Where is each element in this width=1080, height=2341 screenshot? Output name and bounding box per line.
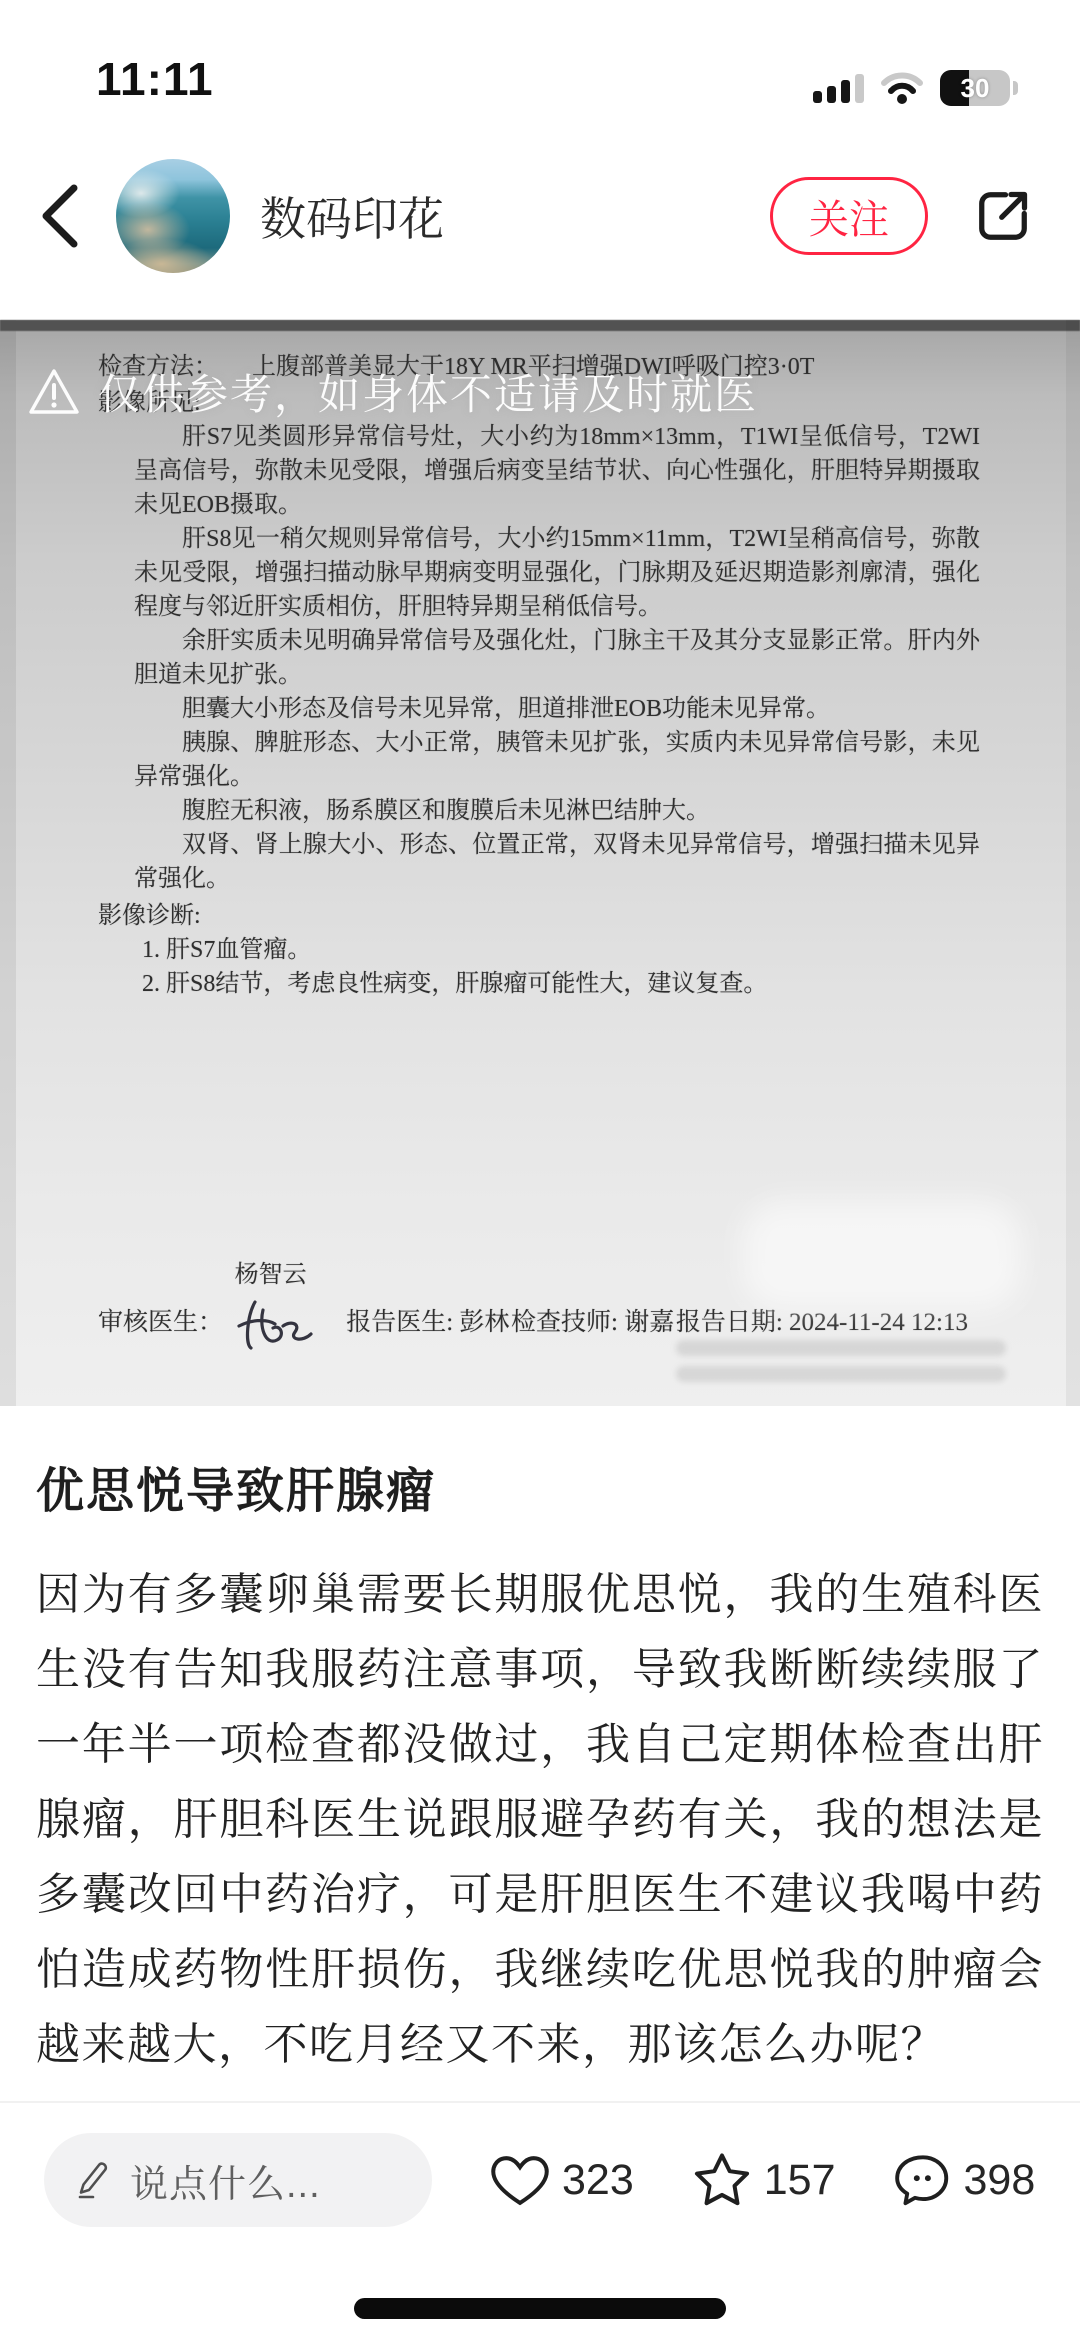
like-button[interactable]: 323 [488,2148,634,2212]
report-image[interactable]: 检查方法：上腹部普美显大于18Y MR平扫增强DWI呼吸门控3·0T 影像所见:… [0,320,1080,1406]
header: 数码印花 关注 [0,112,1080,320]
back-button[interactable] [38,181,98,251]
technician: 检查技师: 谢嘉 [511,1306,674,1340]
follow-label: 关注 [809,188,889,245]
heart-icon [488,2148,552,2212]
report-method-line: 检查方法：上腹部普美显大于18Y MR平扫增强DWI呼吸门控3·0T [98,350,980,384]
collect-button[interactable]: 157 [690,2148,836,2212]
report-diagnosis-item: 2. 肝S8结节，考虑良性病变，肝腺瘤可能性大，建议复查。 [142,967,980,1001]
report-finding: 双肾、肾上腺大小、形态、位置正常，双肾未见异常信号，增强扫描未见异常强化。 [134,828,980,896]
report-method-label: 检查方法： [98,354,218,380]
share-button[interactable] [972,185,1034,247]
handwritten-signature-icon [225,1296,335,1352]
status-bar: 11:11 30 [0,0,1080,112]
faint-watermark [676,1330,1006,1382]
battery-nub [1013,81,1018,95]
battery-percent: 30 [940,70,1010,106]
comment-button[interactable]: 398 [892,2149,1036,2211]
battery-icon: 30 [940,70,1010,106]
report-finding: 胆囊大小形态及信号未见异常，胆道排泄EOB功能未见异常。 [134,692,980,726]
reviewer-signature: 杨智云 [225,1294,345,1352]
home-indicator[interactable] [354,2298,726,2319]
comment-count: 398 [964,2156,1036,2205]
username[interactable]: 数码印花 [260,183,770,249]
status-icons: 30 [813,70,1018,106]
share-icon [973,186,1033,246]
wifi-icon [880,71,924,105]
cellular-signal-icon [813,73,864,103]
star-icon [690,2148,754,2212]
reporter: 报告医生: 彭林 [346,1306,509,1340]
post-title: 优思悦导致肝腺瘤 [36,1452,1044,1521]
post-body: 因为有多囊卵巢需要长期服优思悦，我的生殖科医生没有告知我服药注意事项，导致我断断… [36,1557,1044,2082]
reviewer-name: 杨智云 [235,1258,307,1292]
report-finding: 余肝实质未见明确异常信号及强化灶，门脉主干及其分支显影正常。肝内外胆道未见扩张。 [134,624,980,692]
bottom-action-bar: 说点什么... 323 157 398 [0,2101,1080,2257]
photo-glare [742,1200,1022,1310]
comment-input[interactable]: 说点什么... [44,2133,432,2227]
status-time: 11:11 [96,52,214,106]
comment-placeholder: 说点什么... [130,2153,321,2208]
reviewer-label: 审核医生： [98,1306,223,1340]
report-findings: 肝S7见类圆形异常信号灶，大小约为18mm×13mm，T1WI呈低信号，T2WI… [98,420,980,896]
report-finding: 肝S7见类圆形异常信号灶，大小约为18mm×13mm，T1WI呈低信号，T2WI… [134,420,980,522]
post-content: 优思悦导致肝腺瘤 因为有多囊卵巢需要长期服优思悦，我的生殖科医生没有告知我服药注… [0,1452,1080,2148]
like-count: 323 [562,2156,634,2205]
chevron-left-icon [38,183,80,249]
follow-button[interactable]: 关注 [770,177,928,255]
avatar[interactable] [116,159,230,273]
report-diagnosis-label: 影像诊断: [98,899,980,933]
report-finding: 腹腔无积液，肠系膜区和腹膜后未见淋巴结肿大。 [134,794,980,828]
comment-bubble-icon [892,2149,954,2211]
report-findings-label: 影像所见: [98,386,980,420]
report-finding: 肝S8见一稍欠规则异常信号，大小约15mm×11mm，T2WI呈稍高信号，弥散未… [134,522,980,624]
report-method-value: 上腹部普美显大于18Y MR平扫增强DWI呼吸门控3·0T [252,354,814,380]
collect-count: 157 [764,2156,836,2205]
report-finding: 胰腺、脾脏形态、大小正常，胰管未见扩张，实质内未见异常信号影，未见异常强化。 [134,726,980,794]
report-diagnosis-item: 1. 肝S7血管瘤。 [142,933,980,967]
pencil-icon [72,2159,114,2201]
screen: 11:11 30 数码印花 关注 [0,0,1080,2341]
